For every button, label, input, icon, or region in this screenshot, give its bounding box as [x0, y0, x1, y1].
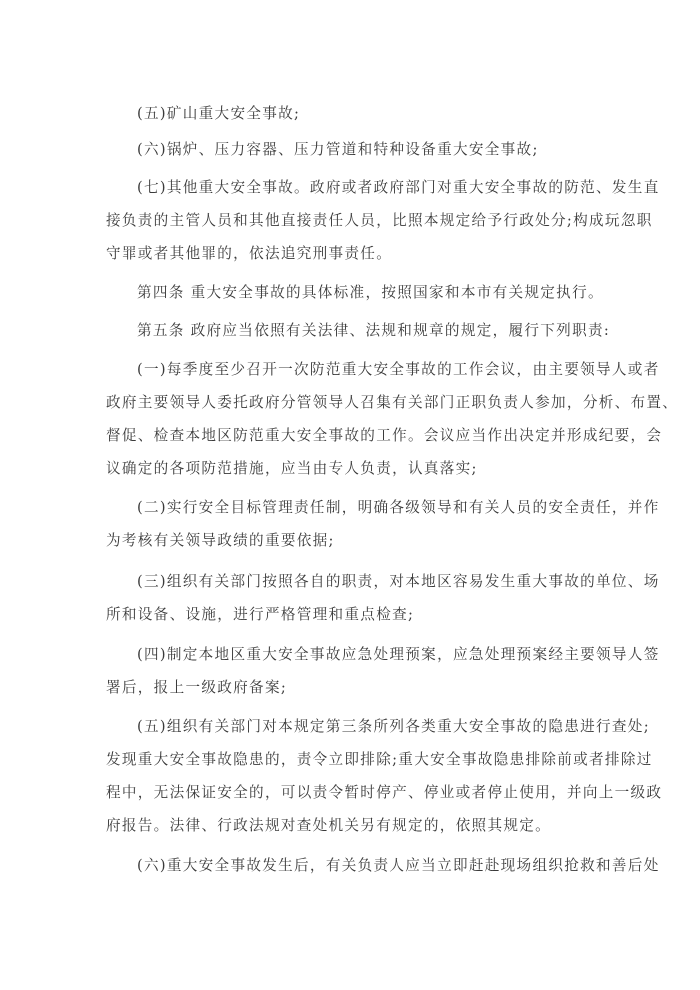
text-line: 所和设备、设施，进行严格管理和重点检查; — [106, 605, 581, 625]
text-line: 守罪或者其他罪的，依法追究刑事责任。 — [106, 244, 581, 264]
text-line: 议确定的各项防范措施，应当由专人负责，认真落实; — [106, 459, 581, 479]
text-line: 署后，报上一级政府备案; — [106, 678, 581, 698]
text-line: 督促、检查本地区防范重大安全事故的工作。会议应当作出决定并形成纪要，会 — [106, 426, 581, 446]
text-line: (七)其他重大安全事故。政府或者政府部门对重大安全事故的防范、发生直 — [137, 178, 581, 198]
text-line: 发现重大安全事故隐患的，责令立即排除;重大安全事故隐患排除前或者排除过 — [106, 750, 581, 770]
article-5-text: 第五条 政府应当依照有关法律、法规和规章的规定，履行下列职责: — [137, 321, 581, 341]
text-line: (一)每季度至少召开一次防范重大安全事故的工作会议，由主要领导人或者 — [137, 360, 581, 380]
text-line: 政府主要领导人委托政府分管领导人召集有关部门正职负责人参加，分析、布置、 — [106, 393, 581, 413]
text-line: (五)矿山重大安全事故; — [137, 104, 581, 124]
text-line: 程中，无法保证安全的，可以责令暂时停产、停业或者停止使用，并向上一级政 — [106, 783, 581, 803]
article-4-text: 第四条 重大安全事故的具体标准，按照国家和本市有关规定执行。 — [137, 283, 581, 303]
text-line: (五)组织有关部门对本规定第三条所列各类重大安全事故的隐患进行查处; — [137, 717, 581, 737]
text-line: (三)组织有关部门按照各自的职责，对本地区容易发生重大事故的单位、场 — [137, 572, 581, 592]
text-line: (六)重大安全事故发生后，有关负责人应当立即赶赴现场组织抢救和善后处 — [137, 856, 581, 876]
document-page: (五)矿山重大安全事故; (六)锅炉、压力容器、压力管道和特种设备重大安全事故;… — [0, 0, 700, 990]
text-line: (二)实行安全目标管理责任制，明确各级领导和有关人员的安全责任，并作 — [137, 498, 581, 518]
text-line: (六)锅炉、压力容器、压力管道和特种设备重大安全事故; — [137, 140, 581, 160]
text-line: 府报告。法律、行政法规对查处机关另有规定的，依照其规定。 — [106, 816, 581, 836]
text-line: (四)制定本地区重大安全事故应急处理预案，应急处理预案经主要领导人签 — [137, 645, 581, 665]
text-line: 为考核有关领导政绩的重要依据; — [106, 531, 581, 551]
text-line: 接负责的主管人员和其他直接责任人员，比照本规定给予行政处分;构成玩忽职 — [106, 211, 581, 231]
